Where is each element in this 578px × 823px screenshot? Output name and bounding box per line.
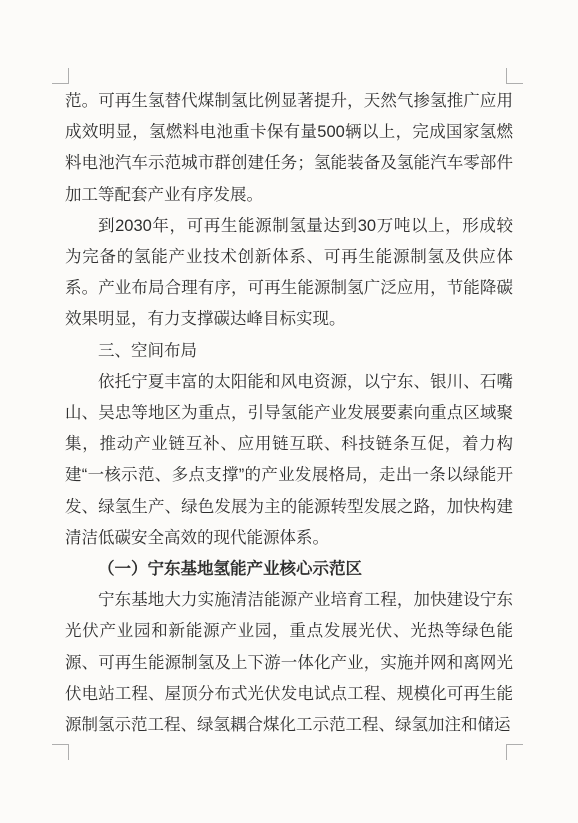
paragraph-continuation: 范。可再生氢替代煤制氢比例显著提升，天然气掺氢推广应用成效明显，氢燃料电池重卡保… [65, 86, 513, 211]
paragraph-ningdong-base: 宁东基地大力实施清洁能源产业培育工程，加快建设宁东光伏产业园和新能源产业园，重点… [65, 585, 513, 741]
margin-mark-bottom-right [506, 744, 523, 760]
document-page: 范。可再生氢替代煤制氢比例显著提升，天然气掺氢推广应用成效明显，氢燃料电池重卡保… [0, 0, 578, 823]
margin-mark-top-right [506, 68, 523, 84]
document-text-area: 范。可再生氢替代煤制氢比例显著提升，天然气掺氢推广应用成效明显，氢燃料电池重卡保… [65, 86, 513, 741]
paragraph-2030-goals: 到2030年，可再生能源制氢量达到30万吨以上，形成较为完备的氢能产业技术创新体… [65, 211, 513, 336]
sub-heading-ningdong-core-zone: （一）宁东基地氢能产业核心示范区 [65, 554, 513, 585]
paragraph-regional-layout: 依托宁夏丰富的太阳能和风电资源，以宁东、银川、石嘴山、吴忠等地区为重点，引导氢能… [65, 367, 513, 554]
margin-mark-bottom-left [52, 744, 69, 760]
margin-mark-top-left [52, 68, 69, 84]
section-heading-spatial-layout: 三、空间布局 [65, 336, 513, 367]
